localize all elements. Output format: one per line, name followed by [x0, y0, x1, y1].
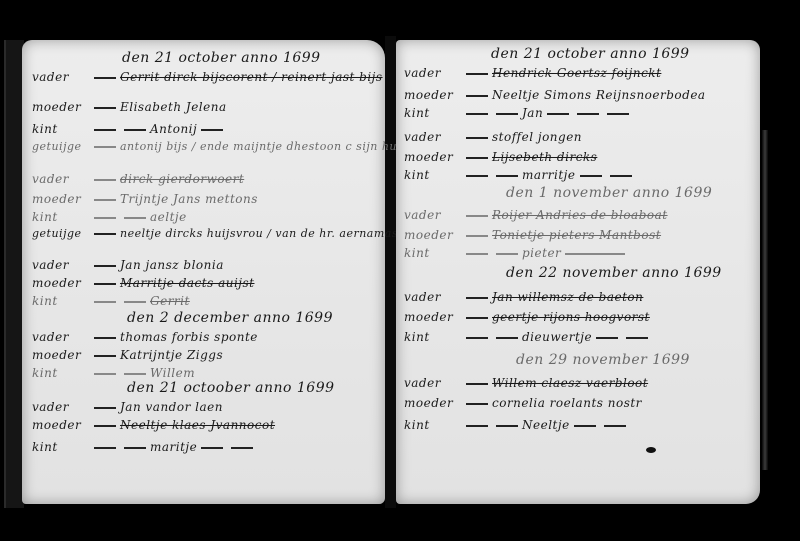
- moeder-label: moeder: [404, 88, 462, 102]
- vader-label: vader: [32, 258, 90, 272]
- entry-vader-line: vaderRoijer Andries de bloaboat: [404, 208, 668, 222]
- moeder-name: Marritje dacts auijst: [120, 276, 254, 290]
- entry-kint-line: kintaeltje: [32, 210, 187, 224]
- entry-moeder-line: moedergeertje rijons hoogvorst: [404, 310, 650, 324]
- getuijge-label: getuijge: [32, 227, 90, 240]
- vader-label: vader: [404, 208, 462, 222]
- entry-getuijge-line: getuijgeantonij bijs / ende maijntje dhe…: [32, 140, 438, 153]
- vader-name: dirck gierdorwoert: [120, 172, 244, 186]
- moeder-name: Tonietje pieters Mantbost: [492, 228, 661, 242]
- kint-label: kint: [32, 210, 90, 224]
- moeder-name: Lijsebeth dircks: [492, 150, 597, 164]
- entry-date: den 1 november anno 1699: [506, 185, 712, 201]
- entry-kint-line: kintmarritje: [404, 168, 636, 182]
- entry-moeder-line: moederKatrijntje Ziggs: [32, 348, 223, 362]
- entry-vader-line: vaderstoffel jongen: [404, 130, 582, 144]
- moeder-name: Elisabeth Jelena: [120, 100, 227, 114]
- entry-kint-line: kintdieuwertje: [404, 330, 652, 344]
- kint-name: Neeltje: [522, 418, 570, 432]
- vader-label: vader: [404, 66, 462, 80]
- entry-moeder-line: moederMarritje dacts auijst: [32, 276, 254, 290]
- entry-vader-line: vaderHendrick Goertsz foijnckt: [404, 66, 661, 80]
- moeder-label: moeder: [32, 276, 90, 290]
- entry-vader-line: vaderJan vandor laen: [32, 400, 223, 414]
- kint-name: Willem: [150, 366, 195, 380]
- entry-kint-line: kintWillem: [32, 366, 195, 380]
- vader-label: vader: [404, 376, 462, 390]
- kint-label: kint: [404, 168, 462, 182]
- kint-label: kint: [32, 294, 90, 308]
- entry-kint-line: kintpieter: [404, 246, 629, 260]
- vader-name: Roijer Andries de bloaboat: [492, 208, 668, 222]
- kint-name: maritje: [150, 440, 197, 454]
- entry-moeder-line: moederLijsebeth dircks: [404, 150, 597, 164]
- page-edge-right: [762, 130, 768, 470]
- kint-name: Jan: [522, 106, 543, 120]
- entry-vader-line: vaderWillem claesz vaerbloot: [404, 376, 648, 390]
- vader-name: Gerrit dirck bijscorent / reinert jast b…: [120, 70, 383, 84]
- moeder-name: geertje rijons hoogvorst: [492, 310, 650, 324]
- vader-name: Willem claesz vaerbloot: [492, 376, 648, 390]
- kint-name: dieuwertje: [522, 330, 592, 344]
- moeder-label: moeder: [404, 150, 462, 164]
- entry-kint-line: kintJan: [404, 106, 633, 120]
- left-page: den 21 october anno 1699 vaderGerrit dir…: [22, 40, 385, 504]
- vader-name: Jan jansz blonia: [120, 258, 224, 272]
- entry-kint-line: kintNeeltje: [404, 418, 630, 432]
- moeder-name: Trijntje Jans mettons: [120, 192, 258, 206]
- kint-label: kint: [32, 440, 90, 454]
- kint-label: kint: [404, 246, 462, 260]
- entry-moeder-line: moederElisabeth Jelena: [32, 100, 227, 114]
- entry-moeder-line: moederTrijntje Jans mettons: [32, 192, 258, 206]
- kint-label: kint: [404, 418, 462, 432]
- moeder-label: moeder: [404, 228, 462, 242]
- vader-label: vader: [32, 400, 90, 414]
- ink-blot: [646, 447, 656, 453]
- getuijge-label: getuijge: [32, 140, 90, 153]
- kint-label: kint: [404, 106, 462, 120]
- entry-vader-line: vaderdirck gierdorwoert: [32, 172, 244, 186]
- entry-date: den 29 november 1699: [516, 352, 690, 368]
- entry-kint-line: kintmaritje: [32, 440, 257, 454]
- entry-vader-line: vaderthomas forbis sponte: [32, 330, 258, 344]
- moeder-label: moeder: [32, 348, 90, 362]
- vader-name: stoffel jongen: [492, 130, 582, 144]
- vader-label: vader: [404, 290, 462, 304]
- entry-date: den 22 november anno 1699: [506, 265, 722, 281]
- vader-label: vader: [404, 130, 462, 144]
- vader-label: vader: [32, 172, 90, 186]
- moeder-label: moeder: [404, 396, 462, 410]
- entry-vader-line: vaderJan jansz blonia: [32, 258, 224, 272]
- kint-name: Antonij: [150, 122, 197, 136]
- entry-moeder-line: moederNeeltje klaes Jvannocot: [32, 418, 275, 432]
- entry-kint-line: kintGerrit: [32, 294, 190, 308]
- book-gutter: [385, 36, 396, 508]
- kint-name: Gerrit: [150, 294, 190, 308]
- vader-label: vader: [32, 330, 90, 344]
- getuijge-name: antonij bijs / ende maijntje dhestoon c …: [120, 140, 438, 153]
- kint-label: kint: [32, 122, 90, 136]
- entry-kint-line: kintAntonij: [32, 122, 227, 136]
- entry-date: den 2 december anno 1699: [127, 310, 333, 326]
- kint-label: kint: [404, 330, 462, 344]
- moeder-name: cornelia roelants nostr: [492, 396, 642, 410]
- moeder-name: Neeltje Simons Reijnsnoerbodea: [492, 88, 706, 102]
- vader-name: Hendrick Goertsz foijnckt: [492, 66, 661, 80]
- entry-moeder-line: moedercornelia roelants nostr: [404, 396, 642, 410]
- moeder-label: moeder: [404, 310, 462, 324]
- moeder-label: moeder: [32, 418, 90, 432]
- moeder-label: moeder: [32, 100, 90, 114]
- kint-name: marritje: [522, 168, 576, 182]
- entry-date: den 21 october anno 1699: [122, 50, 321, 66]
- vader-name: thomas forbis sponte: [120, 330, 258, 344]
- kint-name: pieter: [522, 246, 561, 260]
- moeder-label: moeder: [32, 192, 90, 206]
- vader-name: Jan vandor laen: [120, 400, 223, 414]
- right-page: den 21 october anno 1699 vaderHendrick G…: [396, 40, 760, 504]
- vader-name: Jan willemsz de baeton: [492, 290, 643, 304]
- book-binding-left: [4, 40, 24, 508]
- kint-name: aeltje: [150, 210, 187, 224]
- entry-vader-line: vaderJan willemsz de baeton: [404, 290, 643, 304]
- entry-date: den 21 october anno 1699: [491, 46, 690, 62]
- moeder-name: Neeltje klaes Jvannocot: [120, 418, 275, 432]
- entry-moeder-line: moederNeeltje Simons Reijnsnoerbodea: [404, 88, 706, 102]
- vader-label: vader: [32, 70, 90, 84]
- kint-label: kint: [32, 366, 90, 380]
- entry-date: den 21 octoober anno 1699: [127, 380, 335, 396]
- moeder-name: Katrijntje Ziggs: [120, 348, 223, 362]
- entry-vader-line: vaderGerrit dirck bijscorent / reinert j…: [32, 70, 383, 84]
- entry-moeder-line: moederTonietje pieters Mantbost: [404, 228, 661, 242]
